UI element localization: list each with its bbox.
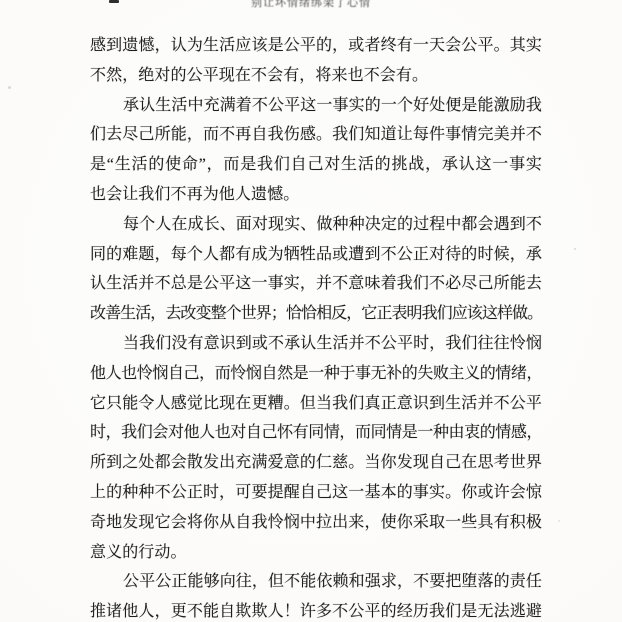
text-line: 们去尽己所能，而不再自我伤感。我们知道让每件事情完美并不 [90, 120, 542, 150]
text-line: 上的种种不公正时，可要提醒自己这一基本的事实。你或许会惊 [90, 478, 542, 508]
text-line: 认生活并不总是公平这一事实，并不意味着我们不必尽己所能去 [90, 269, 542, 299]
text-line: 也会让我们不再为他人遗憾。 [90, 180, 542, 210]
text-line: 公平公正能够向往，但不能依赖和强求，不要把堕落的责任 [90, 567, 542, 597]
text-line: 它只能令人感觉比现在更糟。但当我们真正意识到生活并不公平 [90, 389, 542, 419]
text-line: 不然，绝对的公平现在不会有，将来也不会有。 [90, 61, 542, 91]
text-line: 推诸他人，更不能自欺欺人！许多不公平的经历我们是无法逃避 [90, 597, 542, 622]
text-line: 他人也怜悯自己，而怜悯自然是一种于事无补的失败主义的情绪， [90, 359, 542, 389]
text-line: 是“生活的使命”，而是我们自己对生活的挑战，承认这一事实 [90, 150, 542, 180]
text-line: 意义的行动。 [90, 538, 542, 568]
running-head: 别让坏情绪绑架了心情 [0, 0, 622, 10]
text-line: 承认生活中充满着不公平这一事实的一个好处便是能激励我 [90, 91, 542, 121]
scanned-book-page: 别让坏情绪绑架了心情 感到遗憾，认为生活应该是公平的，或者终有一天会公平。其实 … [0, 0, 622, 622]
text-line: 改善生活，去改变整个世界；恰恰相反，它正表明我们应该这样做。 [90, 299, 542, 329]
text-line: 感到遗憾，认为生活应该是公平的，或者终有一天会公平。其实 [90, 31, 542, 61]
scan-artifact [574, 248, 576, 250]
text-line: 当我们没有意识到或不承认生活并不公平时，我们往往怜悯 [90, 329, 542, 359]
body-text: 感到遗憾，认为生活应该是公平的，或者终有一天会公平。其实 不然，绝对的公平现在不… [90, 31, 542, 622]
scan-artifact [8, 86, 11, 89]
scan-artifact [558, 520, 560, 522]
text-line: 所到之处都会散发出充满爱意的仁慈。当你发现自己在思考世界 [90, 448, 542, 478]
text-line: 每个人在成长、面对现实、做种种决定的过程中都会遇到不 [90, 210, 542, 240]
text-line: 奇地发现它会将你从自我怜悯中拉出来，使你采取一些具有积极 [90, 508, 542, 538]
text-line: 同的难题，每个人都有成为牺牲品或遭到不公正对待的时候，承 [90, 240, 542, 270]
text-line: 时，我们会对他人也对自己怀有同情，而同情是一种由衷的情感， [90, 418, 542, 448]
page-number-mark [109, 0, 119, 3]
